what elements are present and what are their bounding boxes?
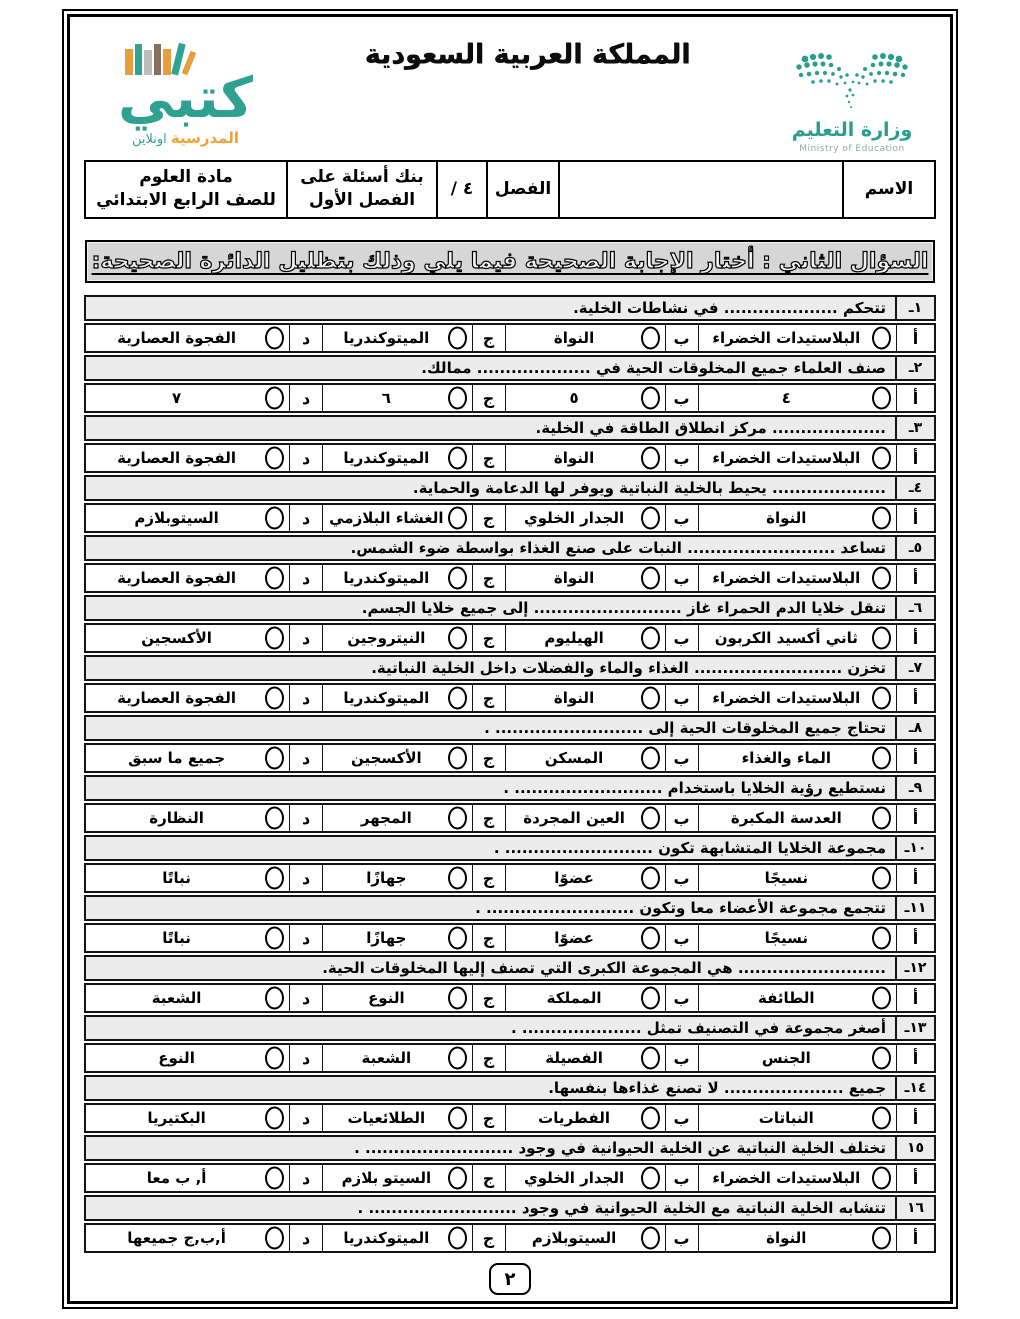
name-label: الاسم <box>844 162 934 217</box>
option-cell-d: النظارة <box>86 805 290 831</box>
option-letter-a: أ <box>897 445 934 471</box>
option-text: ٧ <box>172 389 181 407</box>
question-block: ٥ـ تساعد .......................... النب… <box>84 535 936 593</box>
options-row: أ البلاستيدات الخضراء ب النواة ج الميتوك… <box>84 323 936 353</box>
option-cell-b: النواة <box>506 685 666 711</box>
option-text: المسكن <box>545 749 603 767</box>
question-row: ٣ـ .................... مركز انطلاق الطا… <box>84 415 936 441</box>
option-text: الفجوة العصارية <box>117 329 236 347</box>
option-letter-d: د <box>290 865 323 891</box>
answer-bubble-b[interactable] <box>641 927 660 950</box>
option-text: النوع <box>368 989 405 1007</box>
option-text: النواة <box>554 569 594 587</box>
answer-bubble-a[interactable] <box>872 987 891 1010</box>
option-cell-a: نسيجًا <box>699 865 897 891</box>
option-text: نباتًا <box>162 929 191 947</box>
answer-bubble-d[interactable] <box>265 447 284 470</box>
option-letter-a: أ <box>897 325 934 351</box>
answer-bubble-b[interactable] <box>641 867 660 890</box>
option-letter-a: أ <box>897 1045 934 1071</box>
option-letter-a: أ <box>897 865 934 891</box>
option-text: الأكسجين <box>351 749 422 767</box>
option-letter-a: أ <box>897 625 934 651</box>
option-letter-c: ج <box>473 385 506 411</box>
option-cell-c: الميتوكندريا <box>323 325 472 351</box>
option-letter-c: ج <box>473 505 506 531</box>
question-row: ١ـ تتحكم .................... في نشاطات … <box>84 295 936 321</box>
question-row: ١٢ـ .......................... هي المجمو… <box>84 955 936 981</box>
question-text: صنف العلماء جميع المخلوقات الحية في ....… <box>86 357 897 379</box>
option-text: الفصيلة <box>545 1049 603 1067</box>
option-letter-a: أ <box>897 505 934 531</box>
option-cell-b: النواة <box>506 445 666 471</box>
option-letter-b: ب <box>666 925 699 951</box>
page-frame: كتبي المدرسية اونلاين المملكة العربية ال… <box>67 14 953 1304</box>
answer-bubble-d[interactable] <box>265 747 284 770</box>
question-row: ١٥ تختلف الخلية النباتية عن الخلية الحيو… <box>84 1135 936 1161</box>
class-label: الفصل <box>488 162 560 217</box>
answer-bubble-b[interactable] <box>641 807 660 830</box>
answer-bubble-b[interactable] <box>641 987 660 1010</box>
options-row: أ الماء والغذاء ب المسكن ج الأكسجين د جم… <box>84 743 936 773</box>
option-text: الميتوكندريا <box>343 449 429 467</box>
option-cell-c: الميتوكندريا <box>323 1225 472 1251</box>
answer-bubble-b[interactable] <box>641 747 660 770</box>
answer-bubble-b[interactable] <box>641 327 660 350</box>
answer-bubble-d[interactable] <box>265 1227 284 1250</box>
option-letter-a: أ <box>897 565 934 591</box>
option-letter-b: ب <box>666 1045 699 1071</box>
options-row: أ الطائفة ب المملكة ج النوع د الشعبة <box>84 983 936 1013</box>
option-cell-d: الأكسجين <box>86 625 290 651</box>
option-cell-b: الفطريات <box>506 1105 666 1131</box>
option-letter-c: ج <box>473 985 506 1011</box>
question-number: ٢ـ <box>897 357 934 379</box>
question-block: ١٣ـ أصغر مجموعة في التصنيف تمثل ........… <box>84 1015 936 1073</box>
option-text: السيتوبلازم <box>532 1229 616 1247</box>
option-cell-b: ٥ <box>506 385 666 411</box>
option-text: الغشاء البلازمي <box>329 509 443 527</box>
answer-bubble-b[interactable] <box>641 627 660 650</box>
answer-bubble-a[interactable] <box>872 867 891 890</box>
option-cell-d: أ,ب,ج جميعها <box>86 1225 290 1251</box>
option-cell-a: العدسة المكبرة <box>699 805 897 831</box>
option-letter-d: د <box>290 625 323 651</box>
answer-bubble-c[interactable] <box>448 867 467 890</box>
option-text: ٥ <box>569 389 578 407</box>
question-text: تتجمع مجموعة الأعضاء معا وتكون .........… <box>86 897 897 919</box>
answer-bubble-a[interactable] <box>872 1227 891 1250</box>
answer-bubble-d[interactable] <box>265 387 284 410</box>
options-row: أ البلاستيدات الخضراء ب النواة ج الميتوك… <box>84 443 936 473</box>
question-block: ١٦ تتشابه الخلية النباتية مع الخلية الحي… <box>84 1195 936 1253</box>
option-cell-c: النيتروجين <box>323 625 472 651</box>
option-cell-d: الشعبة <box>86 985 290 1011</box>
option-text: الفطريات <box>538 1109 610 1127</box>
section-title-bar: السؤال الثاني : أختار الإجابة الصحيحة في… <box>85 240 935 284</box>
option-cell-d: الفجوة العصارية <box>86 325 290 351</box>
option-cell-c: النوع <box>323 985 472 1011</box>
answer-bubble-d[interactable] <box>265 1167 284 1190</box>
question-block: ٢ـ صنف العلماء جميع المخلوقات الحية في .… <box>84 355 936 413</box>
option-text: ثاني أكسيد الكربون <box>715 629 858 647</box>
option-text: نباتًا <box>162 869 191 887</box>
answer-bubble-d[interactable] <box>265 807 284 830</box>
option-cell-d: الفجوة العصارية <box>86 565 290 591</box>
kingdom-calligraphy-title: المملكة العربية السعودية <box>288 27 767 70</box>
option-cell-c: الميتوكندريا <box>323 685 472 711</box>
option-letter-c: ج <box>473 805 506 831</box>
option-text: أ,ب,ج جميعها <box>127 1229 226 1247</box>
option-text: النواة <box>554 449 594 467</box>
answer-bubble-a[interactable] <box>872 507 891 530</box>
question-number: ٥ـ <box>897 537 934 559</box>
answer-bubble-c[interactable] <box>448 987 467 1010</box>
answer-bubble-a[interactable] <box>872 627 891 650</box>
question-block: ٨ـ تحتاج جميع المخلوقات الحية إلى ......… <box>84 715 936 773</box>
question-number: ١٣ـ <box>897 1017 934 1039</box>
page-number: ٢ <box>489 1263 531 1295</box>
question-text: أصغر مجموعة في التصنيف تمثل ............… <box>86 1017 897 1039</box>
answer-bubble-d[interactable] <box>265 1047 284 1070</box>
option-letter-a: أ <box>897 1165 934 1191</box>
question-block: ٣ـ .................... مركز انطلاق الطا… <box>84 415 936 473</box>
option-text: الطلائعيات <box>347 1109 425 1127</box>
option-text: السيتو بلازم <box>342 1169 432 1187</box>
ministry-title: وزارة التعليم <box>767 119 937 141</box>
option-text: المجهر <box>361 809 412 827</box>
option-cell-b: الجدار الخلوي <box>506 505 666 531</box>
options-row: أ نسيجًا ب عضوًا ج جهازًا د نباتًا <box>84 923 936 953</box>
option-text: جهازًا <box>366 929 406 947</box>
answer-bubble-c[interactable] <box>448 687 467 710</box>
options-row: أ النباتات ب الفطريات ج الطلائعيات د الب… <box>84 1103 936 1133</box>
option-text: الشعبة <box>361 1049 411 1067</box>
option-cell-c: جهازًا <box>323 925 472 951</box>
option-text: الجدار الخلوي <box>524 1169 624 1187</box>
option-letter-b: ب <box>666 1165 699 1191</box>
option-letter-d: د <box>290 325 323 351</box>
answer-bubble-c[interactable] <box>448 807 467 830</box>
answer-bubble-b[interactable] <box>641 687 660 710</box>
question-text: .................... مركز انطلاق الطاقة … <box>86 417 897 439</box>
option-letter-c: ج <box>473 1045 506 1071</box>
answer-bubble-c[interactable] <box>448 387 467 410</box>
option-letter-d: د <box>290 1225 323 1251</box>
options-row: أ البلاستيدات الخضراء ب النواة ج الميتوك… <box>84 683 936 713</box>
option-cell-c: ٦ <box>323 385 472 411</box>
option-text: النواة <box>554 329 594 347</box>
option-letter-d: د <box>290 505 323 531</box>
option-text: النواة <box>766 1229 806 1247</box>
option-text: المملكة <box>547 989 602 1007</box>
option-letter-d: د <box>290 1165 323 1191</box>
answer-bubble-b[interactable] <box>641 1167 660 1190</box>
question-number: ٣ـ <box>897 417 934 439</box>
question-block: ١٥ تختلف الخلية النباتية عن الخلية الحيو… <box>84 1135 936 1193</box>
kutubi-wordmark: كتبي <box>118 71 253 127</box>
question-number: ٩ـ <box>897 777 934 799</box>
option-cell-c: الأكسجين <box>323 745 472 771</box>
option-letter-d: د <box>290 1105 323 1131</box>
option-text: الميتوكندريا <box>343 689 429 707</box>
option-letter-a: أ <box>897 805 934 831</box>
option-cell-d: نباتًا <box>86 865 290 891</box>
question-text: تساعد .......................... النبات … <box>86 537 897 559</box>
answer-bubble-d[interactable] <box>265 327 284 350</box>
question-number: ١٢ـ <box>897 957 934 979</box>
question-number: ٦ـ <box>897 597 934 619</box>
answer-bubble-c[interactable] <box>448 747 467 770</box>
kutubi-tagline: المدرسية اونلاين <box>132 129 239 147</box>
option-text: البلاستيدات الخضراء <box>712 569 860 587</box>
option-text: البلاستيدات الخضراء <box>712 689 860 707</box>
option-text: ٤ <box>782 389 791 407</box>
answer-bubble-b[interactable] <box>641 447 660 470</box>
options-row: أ البلاستيدات الخضراء ب النواة ج الميتوك… <box>84 563 936 593</box>
option-text: الفجوة العصارية <box>117 689 236 707</box>
option-letter-a: أ <box>897 985 934 1011</box>
exam-page: كتبي المدرسية اونلاين المملكة العربية ال… <box>62 9 958 1309</box>
question-text: تتحكم .................... في نشاطات الخ… <box>86 297 897 319</box>
option-text: النيتروجين <box>347 629 425 647</box>
options-row: أ نسيجًا ب عضوًا ج جهازًا د نباتًا <box>84 863 936 893</box>
option-text: الميتوكندريا <box>343 329 429 347</box>
option-letter-a: أ <box>897 1225 934 1251</box>
answer-bubble-c[interactable] <box>448 447 467 470</box>
question-text: .................... يحيط بالخلية النبات… <box>86 477 897 499</box>
ministry-logo: وزارة التعليم Ministry of Education <box>767 27 937 154</box>
option-cell-d: الفجوة العصارية <box>86 685 290 711</box>
answer-bubble-c[interactable] <box>448 1047 467 1070</box>
question-block: ١٠ـ مجموعة الخلايا المتشابهة تكون ......… <box>84 835 936 893</box>
option-cell-c: الميتوكندريا <box>323 445 472 471</box>
class-value: ٤ / <box>438 162 488 217</box>
option-text: الماء والغذاء <box>742 749 831 767</box>
option-text: ٦ <box>382 389 391 407</box>
answer-bubble-c[interactable] <box>448 1167 467 1190</box>
question-text: تخزن .......................... الغذاء و… <box>86 657 897 679</box>
options-row: أ ٤ ب ٥ ج ٦ د ٧ <box>84 383 936 413</box>
option-cell-a: نسيجًا <box>699 925 897 951</box>
option-cell-a: البلاستيدات الخضراء <box>699 685 897 711</box>
option-cell-b: السيتوبلازم <box>506 1225 666 1251</box>
answer-bubble-a[interactable] <box>872 927 891 950</box>
option-cell-c: الميتوكندريا <box>323 565 472 591</box>
question-row: ٨ـ تحتاج جميع المخلوقات الحية إلى ......… <box>84 715 936 741</box>
option-cell-b: الجدار الخلوي <box>506 1165 666 1191</box>
option-text: الفجوة العصارية <box>117 449 236 467</box>
option-letter-c: ج <box>473 685 506 711</box>
option-letter-d: د <box>290 385 323 411</box>
option-cell-d: ٧ <box>86 385 290 411</box>
question-text: جميع ..................... لا تصنع غذاءه… <box>86 1077 897 1099</box>
option-cell-d: نباتًا <box>86 925 290 951</box>
answer-bubble-b[interactable] <box>641 507 660 530</box>
answer-bubble-a[interactable] <box>872 327 891 350</box>
answer-bubble-b[interactable] <box>641 567 660 590</box>
options-row: أ ثاني أكسيد الكربون ب الهيليوم ج النيتر… <box>84 623 936 653</box>
option-cell-c: الطلائعيات <box>323 1105 472 1131</box>
question-bank-label: بنك أسئلة على الفصل الأول <box>288 162 438 217</box>
option-cell-a: النواة <box>699 1225 897 1251</box>
answer-bubble-a[interactable] <box>872 567 891 590</box>
question-block: ١٢ـ .......................... هي المجمو… <box>84 955 936 1013</box>
option-letter-a: أ <box>897 745 934 771</box>
option-letter-c: ج <box>473 1225 506 1251</box>
option-text: البلاستيدات الخضراء <box>712 1169 860 1187</box>
option-cell-a: البلاستيدات الخضراء <box>699 445 897 471</box>
option-letter-b: ب <box>666 745 699 771</box>
question-text: مجموعة الخلايا المتشابهة تكون ..........… <box>86 837 897 859</box>
option-cell-a: النواة <box>699 505 897 531</box>
option-letter-c: ج <box>473 925 506 951</box>
option-text: الطائفة <box>758 989 815 1007</box>
section-title: السؤال الثاني : أختار الإجابة الصحيحة في… <box>92 249 929 274</box>
question-number: ١٦ <box>897 1197 934 1219</box>
option-cell-c: الشعبة <box>323 1045 472 1071</box>
answer-bubble-c[interactable] <box>448 327 467 350</box>
answer-bubble-c[interactable] <box>448 627 467 650</box>
option-letter-d: د <box>290 745 323 771</box>
options-row: أ النواة ب السيتوبلازم ج الميتوكندريا د … <box>84 1223 936 1253</box>
answer-bubble-a[interactable] <box>872 807 891 830</box>
answer-bubble-a[interactable] <box>872 1167 891 1190</box>
question-row: ٤ـ .................... يحيط بالخلية الن… <box>84 475 936 501</box>
option-letter-d: د <box>290 1045 323 1071</box>
answer-bubble-d[interactable] <box>265 1107 284 1130</box>
question-row: ١٤ـ جميع ..................... لا تصنع غ… <box>84 1075 936 1101</box>
question-text: تتشابه الخلية النباتية مع الخلية الحيوان… <box>86 1197 897 1219</box>
answer-bubble-c[interactable] <box>448 927 467 950</box>
question-number: ٤ـ <box>897 477 934 499</box>
option-text: البلاستيدات الخضراء <box>712 329 860 347</box>
answer-bubble-a[interactable] <box>872 1047 891 1070</box>
info-bar: الاسم الفصل ٤ / بنك أسئلة على الفصل الأو… <box>84 160 936 219</box>
option-cell-a: البلاستيدات الخضراء <box>699 325 897 351</box>
answer-bubble-c[interactable] <box>448 567 467 590</box>
option-cell-b: المملكة <box>506 985 666 1011</box>
option-text: الفجوة العصارية <box>117 569 236 587</box>
option-letter-d: د <box>290 445 323 471</box>
option-cell-d: أ, ب معا <box>86 1165 290 1191</box>
option-cell-b: النواة <box>506 565 666 591</box>
option-cell-b: عضوًا <box>506 865 666 891</box>
option-letter-d: د <box>290 985 323 1011</box>
option-cell-c: جهازًا <box>323 865 472 891</box>
answer-bubble-a[interactable] <box>872 747 891 770</box>
options-row: أ العدسة المكبرة ب العين المجردة ج المجه… <box>84 803 936 833</box>
question-block: ٤ـ .................... يحيط بالخلية الن… <box>84 475 936 533</box>
page-header: كتبي المدرسية اونلاين المملكة العربية ال… <box>83 27 937 158</box>
option-letter-c: ج <box>473 1105 506 1131</box>
option-letter-c: ج <box>473 445 506 471</box>
question-number: ١ـ <box>897 297 934 319</box>
answer-bubble-a[interactable] <box>872 687 891 710</box>
option-cell-d: السيتوبلازم <box>86 505 290 531</box>
ministry-subtitle: Ministry of Education <box>767 144 937 154</box>
answer-bubble-a[interactable] <box>872 447 891 470</box>
question-row: ١٦ تتشابه الخلية النباتية مع الخلية الحي… <box>84 1195 936 1221</box>
answer-bubble-d[interactable] <box>265 987 284 1010</box>
option-text: السيتوبلازم <box>134 509 218 527</box>
option-letter-c: ج <box>473 625 506 651</box>
question-row: ١٣ـ أصغر مجموعة في التصنيف تمثل ........… <box>84 1015 936 1041</box>
option-cell-d: البكتيريا <box>86 1105 290 1131</box>
question-text: تنقل خلايا الدم الحمراء غاز ............… <box>86 597 897 619</box>
option-text: النواة <box>554 689 594 707</box>
option-text: الميتوكندريا <box>343 569 429 587</box>
option-cell-a: الطائفة <box>699 985 897 1011</box>
option-letter-d: د <box>290 685 323 711</box>
option-cell-d: الفجوة العصارية <box>86 445 290 471</box>
question-text: تختلف الخلية النباتية عن الخلية الحيواني… <box>86 1137 897 1159</box>
option-cell-b: عضوًا <box>506 925 666 951</box>
option-letter-b: ب <box>666 445 699 471</box>
option-text: جهازًا <box>366 869 406 887</box>
answer-bubble-a[interactable] <box>872 387 891 410</box>
answer-bubble-b[interactable] <box>641 1047 660 1070</box>
question-block: ١٤ـ جميع ..................... لا تصنع غ… <box>84 1075 936 1133</box>
ministry-emblem-icon <box>787 49 917 111</box>
option-text: الجدار الخلوي <box>524 509 624 527</box>
option-letter-a: أ <box>897 685 934 711</box>
option-cell-b: الفصيلة <box>506 1045 666 1071</box>
option-text: البكتيريا <box>147 1109 205 1127</box>
option-letter-c: ج <box>473 745 506 771</box>
option-cell-b: الهيليوم <box>506 625 666 651</box>
question-text: تحتاج جميع المخلوقات الحية إلى .........… <box>86 717 897 739</box>
option-letter-b: ب <box>666 865 699 891</box>
option-text: الجنس <box>762 1049 811 1067</box>
question-block: ٩ـ نستطيع رؤية الخلايا باستخدام ........… <box>84 775 936 833</box>
answer-bubble-d[interactable] <box>265 867 284 890</box>
name-field[interactable] <box>560 162 844 217</box>
answer-bubble-d[interactable] <box>265 567 284 590</box>
options-row: أ الجنس ب الفصيلة ج الشعبة د النوع <box>84 1043 936 1073</box>
option-text: الشعبة <box>152 989 202 1007</box>
answer-bubble-d[interactable] <box>265 507 284 530</box>
option-text: الهيليوم <box>544 629 603 647</box>
option-letter-b: ب <box>666 1225 699 1251</box>
answer-bubble-d[interactable] <box>265 927 284 950</box>
option-letter-a: أ <box>897 385 934 411</box>
option-letter-d: د <box>290 925 323 951</box>
option-letter-b: ب <box>666 805 699 831</box>
option-letter-b: ب <box>666 685 699 711</box>
answer-bubble-b[interactable] <box>641 1227 660 1250</box>
option-letter-a: أ <box>897 1105 934 1131</box>
answer-bubble-c[interactable] <box>448 1107 467 1130</box>
questions-list: ١ـ تتحكم .................... في نشاطات … <box>84 295 936 1253</box>
question-row: ٢ـ صنف العلماء جميع المخلوقات الحية في .… <box>84 355 936 381</box>
answer-bubble-c[interactable] <box>448 507 467 530</box>
answer-bubble-d[interactable] <box>265 627 284 650</box>
option-text: أ, ب معا <box>147 1169 207 1187</box>
answer-bubble-d[interactable] <box>265 687 284 710</box>
question-row: ٧ـ تخزن .......................... الغذا… <box>84 655 936 681</box>
option-letter-c: ج <box>473 325 506 351</box>
option-text: جميع ما سبق <box>128 749 225 767</box>
answer-bubble-b[interactable] <box>641 1107 660 1130</box>
option-text: البلاستيدات الخضراء <box>712 449 860 467</box>
question-row: ٥ـ تساعد .......................... النب… <box>84 535 936 561</box>
question-number: ١٠ـ <box>897 837 934 859</box>
option-cell-d: النوع <box>86 1045 290 1071</box>
answer-bubble-c[interactable] <box>448 1227 467 1250</box>
answer-bubble-b[interactable] <box>641 387 660 410</box>
answer-bubble-a[interactable] <box>872 1107 891 1130</box>
